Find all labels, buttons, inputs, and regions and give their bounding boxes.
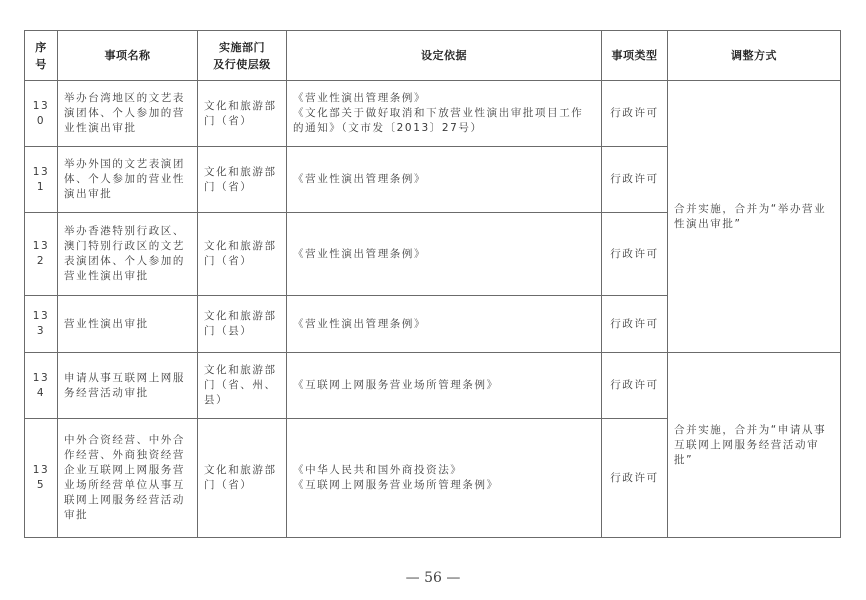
row-type: 行政许可: [602, 353, 668, 419]
basis-line: 《文化部关于做好取消和下放营业性演出审批项目工作的通知》（文市发〔2013〕27…: [293, 106, 595, 136]
basis-line: 《营业性演出管理条例》: [293, 172, 595, 187]
basis-line: 《营业性演出管理条例》: [293, 317, 595, 332]
header-basis: 设定依据: [287, 31, 602, 81]
table-row: 130 举办台湾地区的文艺表演团体、个人参加的营业性演出审批 文化和旅游部门（省…: [25, 81, 841, 147]
basis-line: 《中华人民共和国外商投资法》: [293, 463, 595, 478]
row-basis: 《营业性演出管理条例》 《文化部关于做好取消和下放营业性演出审批项目工作的通知》…: [287, 81, 602, 147]
header-seq: 序 号: [25, 31, 58, 81]
basis-line: 《互联网上网服务营业场所管理条例》: [293, 378, 595, 393]
row-type: 行政许可: [602, 419, 668, 538]
header-dept-line2: 及行使层级: [204, 56, 280, 73]
row-basis: 《互联网上网服务营业场所管理条例》: [287, 353, 602, 419]
row-basis: 《营业性演出管理条例》: [287, 296, 602, 353]
row-item-name: 营业性演出审批: [58, 296, 198, 353]
row-item-name: 举办外国的文艺表演团体、个人参加的营业性演出审批: [58, 147, 198, 213]
row-seq: 130: [25, 81, 58, 147]
header-dept: 实施部门 及行使层级: [198, 31, 287, 81]
row-seq: 132: [25, 213, 58, 296]
row-item-name: 举办香港特别行政区、澳门特别行政区的文艺表演团体、个人参加的营业性演出审批: [58, 213, 198, 296]
header-seq-line1: 序: [25, 39, 57, 56]
row-dept: 文化和旅游部门（县）: [198, 296, 287, 353]
row-seq: 131: [25, 147, 58, 213]
row-item-name: 中外合资经营、中外合作经营、外商独资经营企业互联网上网服务营业场所经营单位从事互…: [58, 419, 198, 538]
document-page: 序 号 事项名称 实施部门 及行使层级 设定依据 事项类型 调整方式 130 举…: [0, 0, 866, 600]
basis-line: 《营业性演出管理条例》: [293, 247, 595, 262]
row-type: 行政许可: [602, 296, 668, 353]
basis-line: 《互联网上网服务营业场所管理条例》: [293, 478, 595, 493]
row-dept: 文化和旅游部门（省、州、县）: [198, 353, 287, 419]
header-adjust: 调整方式: [668, 31, 841, 81]
row-type: 行政许可: [602, 213, 668, 296]
row-seq: 133: [25, 296, 58, 353]
basis-line: 《营业性演出管理条例》: [293, 91, 595, 106]
administrative-items-table: 序 号 事项名称 实施部门 及行使层级 设定依据 事项类型 调整方式 130 举…: [24, 30, 841, 538]
header-name: 事项名称: [58, 31, 198, 81]
row-type: 行政许可: [602, 81, 668, 147]
row-basis: 《中华人民共和国外商投资法》 《互联网上网服务营业场所管理条例》: [287, 419, 602, 538]
header-dept-line1: 实施部门: [204, 39, 280, 56]
row-dept: 文化和旅游部门（省）: [198, 213, 287, 296]
row-seq: 135: [25, 419, 58, 538]
row-basis: 《营业性演出管理条例》: [287, 213, 602, 296]
table-header-row: 序 号 事项名称 实施部门 及行使层级 设定依据 事项类型 调整方式: [25, 31, 841, 81]
row-item-name: 申请从事互联网上网服务经营活动审批: [58, 353, 198, 419]
header-type: 事项类型: [602, 31, 668, 81]
page-number: — 56 —: [0, 570, 866, 586]
row-adjustment: 合并实施，合并为“申请从事互联网上网服务经营活动审批”: [668, 353, 841, 538]
row-type: 行政许可: [602, 147, 668, 213]
row-seq: 134: [25, 353, 58, 419]
row-basis: 《营业性演出管理条例》: [287, 147, 602, 213]
row-dept: 文化和旅游部门（省）: [198, 419, 287, 538]
row-adjustment: 合并实施，合并为“举办营业性演出审批”: [668, 81, 841, 353]
row-dept: 文化和旅游部门（省）: [198, 147, 287, 213]
row-dept: 文化和旅游部门（省）: [198, 81, 287, 147]
header-seq-line2: 号: [25, 56, 57, 73]
table-row: 134 申请从事互联网上网服务经营活动审批 文化和旅游部门（省、州、县） 《互联…: [25, 353, 841, 419]
row-item-name: 举办台湾地区的文艺表演团体、个人参加的营业性演出审批: [58, 81, 198, 147]
